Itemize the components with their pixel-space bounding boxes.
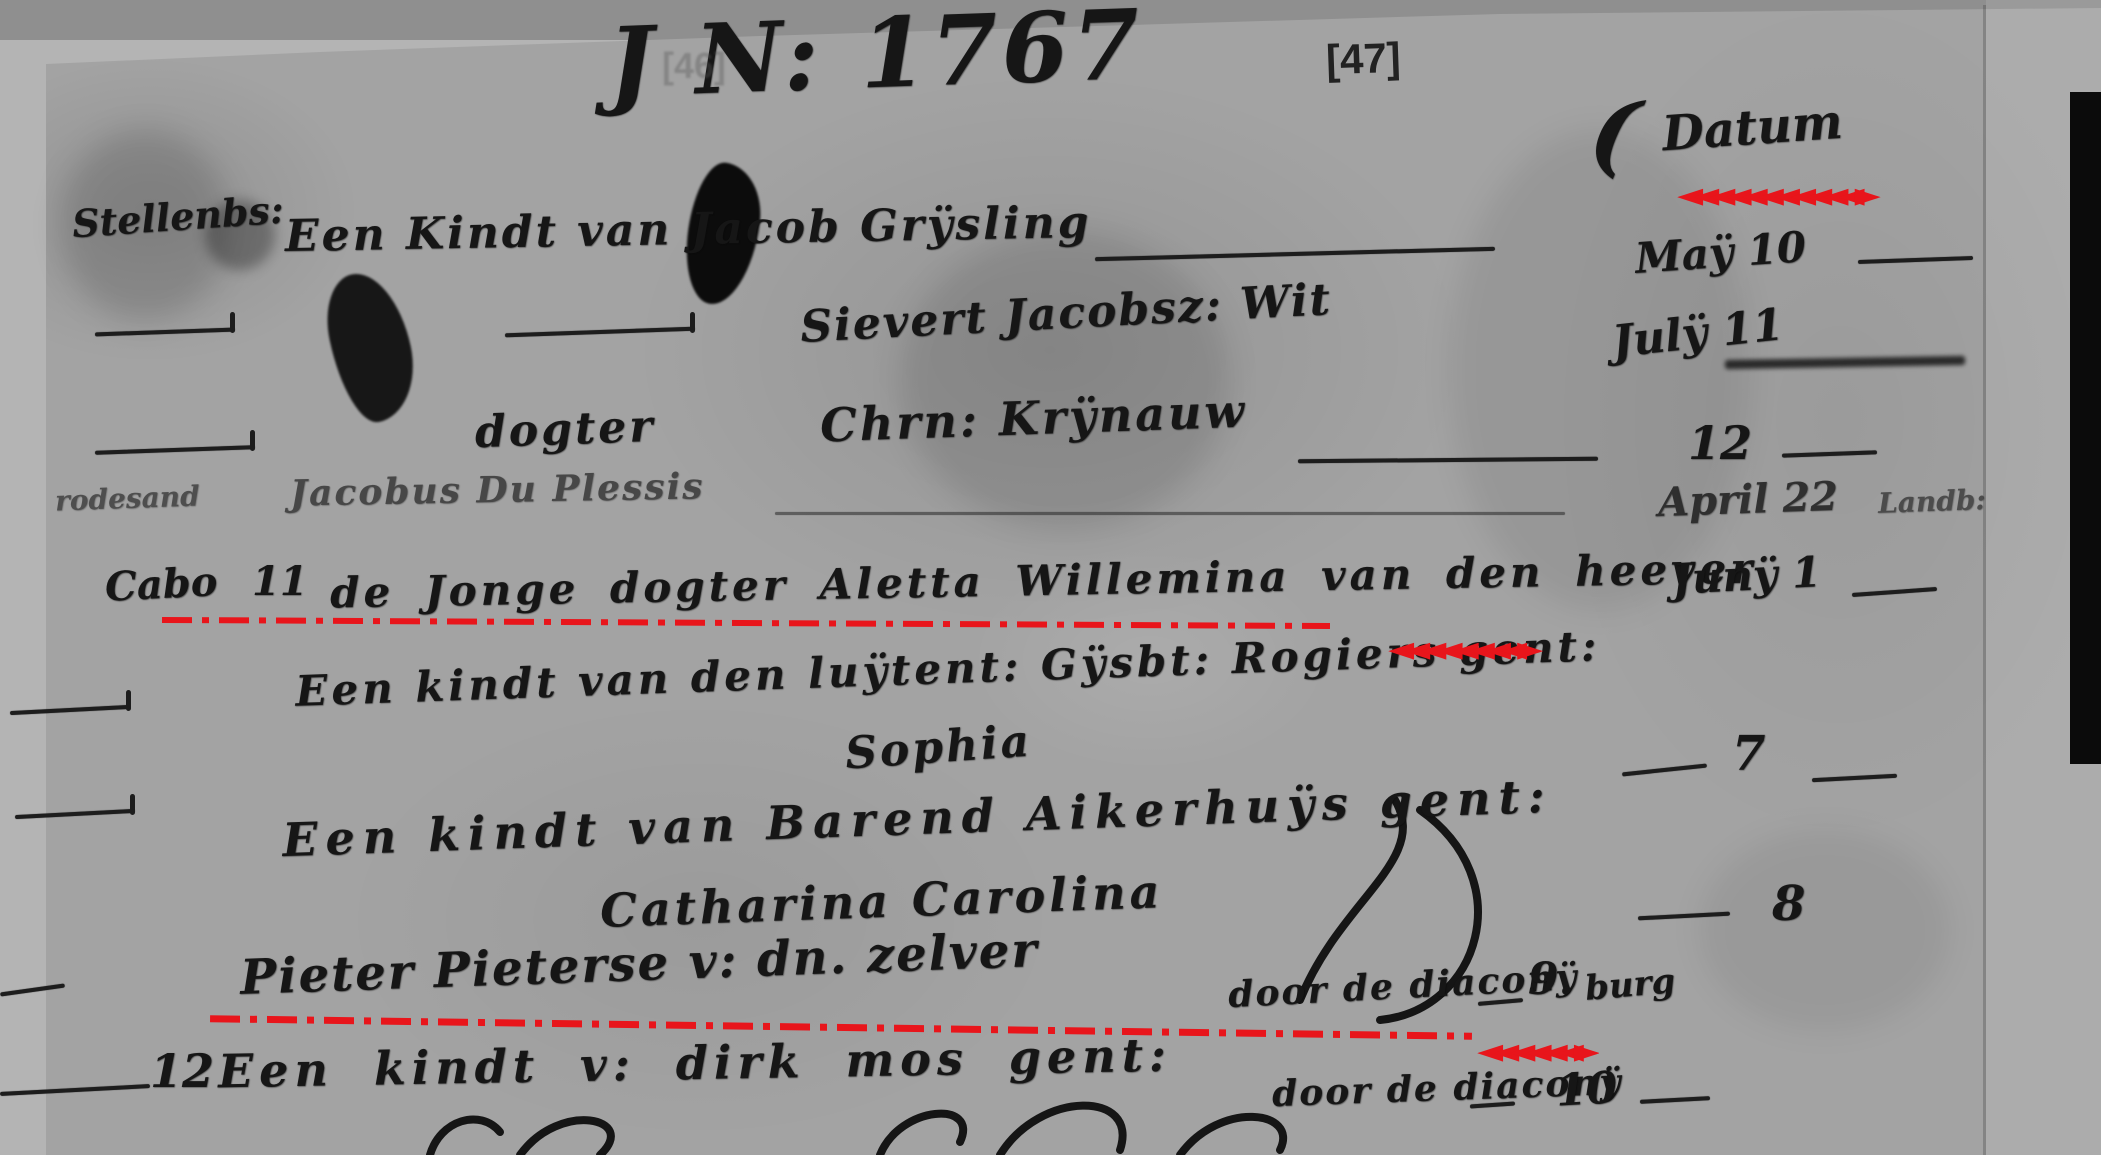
entry-place: rodesand bbox=[55, 482, 201, 515]
ditto-mark bbox=[690, 312, 695, 333]
page-number-stamp-right: [47] bbox=[1325, 37, 1401, 82]
paper-stain bbox=[900, 230, 1230, 530]
ditto-mark bbox=[126, 690, 131, 711]
entry-date: 7 bbox=[1732, 730, 1765, 778]
entry-date-note: burg bbox=[1584, 964, 1677, 1006]
red-arrow-marker-datum: ◄◄◄◄◄◄◄◄◄◄◄► bbox=[1677, 182, 1891, 210]
entry-date: 8 bbox=[1772, 880, 1805, 928]
entry-text: dogter bbox=[474, 405, 656, 455]
entry-date: April 22 bbox=[1657, 477, 1838, 523]
scan-edge-black-strip bbox=[2070, 92, 2101, 764]
ink-connector-line bbox=[775, 512, 1565, 515]
entry-date: Junÿ 1 bbox=[1671, 551, 1822, 601]
ditto-mark bbox=[250, 430, 255, 451]
entry-text: Jacobus Du Plessis bbox=[290, 468, 705, 511]
red-arrow-marker-june1: ◄◄◄◄◄◄◄◄► bbox=[1388, 636, 1550, 664]
entry-date: 12 bbox=[1688, 420, 1752, 466]
paper-stain bbox=[1700, 830, 1950, 1030]
entry-number: 11 bbox=[252, 562, 308, 602]
entry-date: Maÿ 10 bbox=[1634, 226, 1808, 280]
entry-date: 9. bbox=[1528, 958, 1574, 1002]
ditto-mark bbox=[130, 794, 135, 815]
entry-number: 12 bbox=[150, 1048, 214, 1094]
datum-column-header: Datum bbox=[1661, 98, 1845, 158]
ditto-mark bbox=[230, 312, 235, 333]
entry-place: Cabo bbox=[104, 562, 218, 608]
entry-text: Sophia bbox=[844, 720, 1034, 777]
entry-date-note: Landb: bbox=[1878, 486, 1987, 518]
entry-text: Chrn: Krÿnauw bbox=[819, 388, 1247, 449]
page-number-stamp-left: [46] bbox=[662, 48, 726, 84]
red-arrow-marker-sept9: ◄◄◄◄◄◄► bbox=[1477, 1038, 1599, 1066]
document-scan: J N: 1767 [46] [47] ( Datum Stellenbs: E… bbox=[0, 0, 2101, 1155]
entry-date: 10 bbox=[1555, 1066, 1618, 1113]
